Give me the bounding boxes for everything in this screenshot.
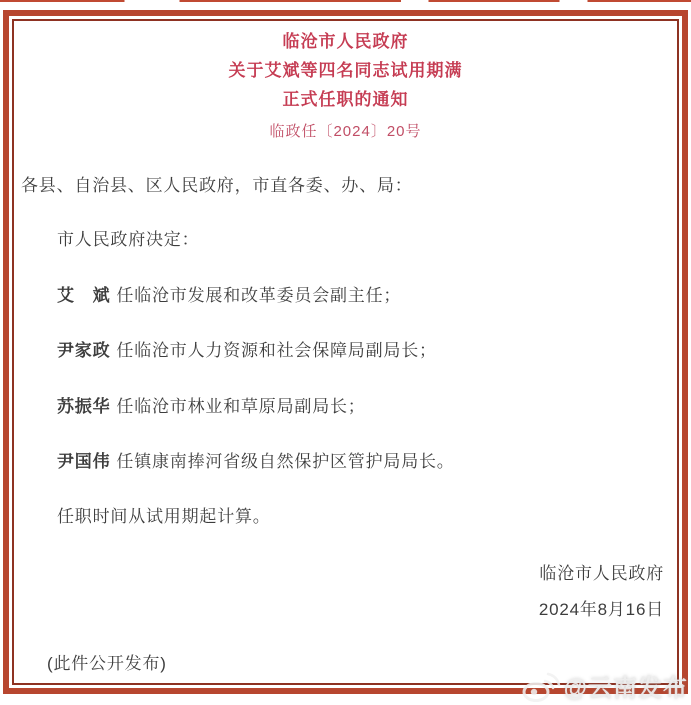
appointee-name: 艾 斌 xyxy=(57,286,110,305)
public-release-note: (此件公开发布) xyxy=(47,654,167,674)
signature-issuer: 临沧市人民政府 xyxy=(539,564,664,584)
appointee-name: 苏振华 xyxy=(57,397,110,416)
title-line-2: 关于艾斌等四名同志试用期满 xyxy=(0,56,691,85)
appointment-row: 苏振华任临沧市林业和草原局副局长； xyxy=(57,397,366,417)
appointment-row: 尹家政任临沧市人力资源和社会保障局副局长； xyxy=(57,341,437,361)
appointee-name: 尹国伟 xyxy=(57,452,110,471)
appointee-position: 任镇康南捧河省级自然保护区管护局局长。 xyxy=(116,452,454,471)
title-line-1: 临沧市人民政府 xyxy=(0,27,691,56)
appointment-row: 艾 斌任临沧市发展和改革委员会副主任； xyxy=(57,286,401,306)
signature-date: 2024年8月16日 xyxy=(539,600,664,620)
appointee-position: 任临沧市林业和草原局副局长； xyxy=(116,397,365,416)
closing-line: 任职时间从试用期起计算。 xyxy=(57,507,271,527)
appointee-position: 任临沧市人力资源和社会保障局副局长； xyxy=(116,341,436,360)
appointee-position: 任临沧市发展和改革委员会副主任； xyxy=(116,286,401,305)
document-number: 临政任〔2024〕20号 xyxy=(0,120,691,141)
document-page: 临沧市人民政府 关于艾斌等四名同志试用期满 正式任职的通知 临政任〔2024〕2… xyxy=(0,0,691,705)
appointment-row: 尹国伟任镇康南捧河省级自然保护区管护局局长。 xyxy=(57,452,455,472)
appointee-name: 尹家政 xyxy=(57,341,110,360)
title-line-3: 正式任职的通知 xyxy=(0,85,691,114)
decision-line: 市人民政府决定： xyxy=(57,230,199,250)
document-title: 临沧市人民政府 关于艾斌等四名同志试用期满 正式任职的通知 xyxy=(0,27,691,114)
top-crop-line xyxy=(0,0,691,2)
salutation-line: 各县、自治县、区人民政府，市直各委、办、局： xyxy=(21,176,413,196)
